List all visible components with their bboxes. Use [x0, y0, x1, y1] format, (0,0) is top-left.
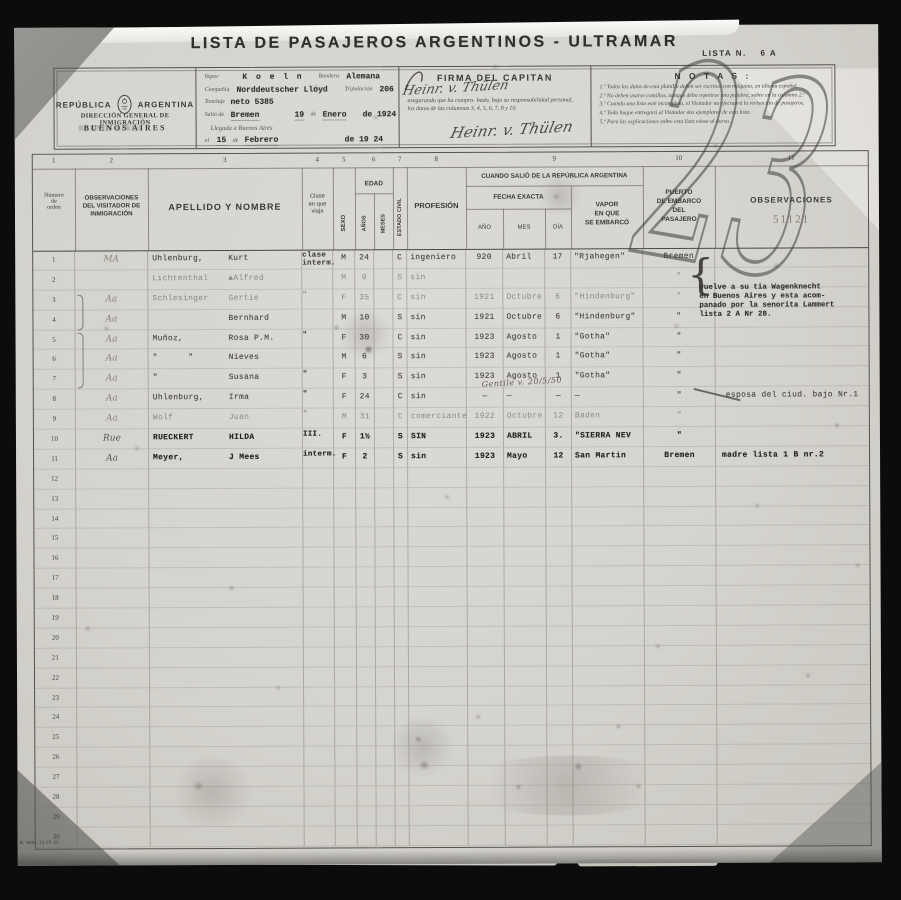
observation-value [717, 744, 870, 765]
profession-value: SIN [408, 428, 467, 448]
profession-value [408, 468, 467, 488]
col-number: 1 [33, 157, 75, 165]
exit-ship-value: San Martin [572, 447, 644, 467]
llegada-month: Febrero [245, 136, 279, 146]
observation-value [718, 804, 871, 825]
age-years-value [356, 528, 375, 548]
age-years-value [356, 488, 375, 508]
tripulacion-value: 206 [379, 85, 393, 94]
note-item: 5.º Para las explicaciones sobre esta li… [600, 117, 829, 127]
row-number: 20 [35, 629, 77, 649]
visitador-mark [77, 728, 150, 748]
row-number: 9 [34, 410, 76, 430]
row-number: 11 [34, 450, 76, 470]
profession-value [409, 647, 468, 667]
embark-port-value: Bremen [644, 447, 716, 467]
exit-year-value: 920 [466, 249, 503, 269]
sex-value: M [333, 249, 355, 269]
exit-year-value [467, 507, 504, 527]
salio-month: Enero [323, 110, 347, 120]
salio-year: de 1924 [363, 110, 397, 119]
form-code: B. 4681 22 IV 23 [20, 840, 59, 845]
observation-value: madre lista 1 B nr.2 [716, 446, 869, 467]
observation-value [716, 526, 869, 547]
class-value: " [303, 409, 334, 429]
country-left: REPÚBLICA [56, 100, 112, 109]
exit-year-value [468, 627, 505, 647]
embark-port-value [645, 765, 717, 785]
header-orden: Número de orden [33, 193, 75, 211]
exit-month-value [505, 607, 547, 627]
torn-bottom-edge [578, 859, 718, 867]
passenger-name [151, 807, 305, 828]
age-years-value [356, 468, 375, 488]
header-meses: MESES [374, 199, 393, 247]
exit-month-value [505, 567, 547, 587]
class-value [303, 548, 334, 568]
class-value [305, 806, 336, 826]
civil-status-value [395, 707, 409, 727]
exit-year-value: 1921 [466, 308, 503, 328]
exit-day-value: — [546, 388, 572, 408]
age-years-value: 2 [356, 448, 375, 468]
civil-status-value: S [393, 309, 407, 329]
exit-year-value [467, 527, 504, 547]
exit-day-value [546, 507, 572, 527]
profession-value [409, 786, 468, 806]
sex-value [335, 627, 357, 647]
row-number: 21 [35, 648, 77, 668]
civil-status-value [394, 548, 408, 568]
civil-status-value: S [394, 369, 408, 389]
country-right: ARGENTINA [138, 100, 195, 109]
exit-ship-value [572, 507, 644, 527]
passenger-name [150, 608, 304, 629]
exit-month-value [505, 626, 547, 646]
visitador-mark: Aa [76, 409, 149, 429]
sex-value: F [333, 289, 355, 309]
exit-ship-value [573, 646, 645, 666]
observation-value [716, 406, 869, 427]
class-value: " [302, 329, 333, 349]
age-years-value [356, 508, 375, 528]
age-years-value: 3 [356, 369, 375, 389]
exit-month-value [505, 666, 547, 686]
surname: Muñoz, [152, 330, 183, 348]
passenger-name [150, 588, 304, 609]
row-number: 28 [35, 788, 77, 808]
salio-day: 19 [295, 111, 305, 121]
class-value: " [302, 289, 333, 309]
observation-value [717, 784, 870, 805]
llegada-year: de 19 24 [345, 135, 383, 144]
exit-month-value: ABRIL [504, 428, 546, 448]
age-months-value [376, 766, 395, 786]
civil-status-value [395, 607, 409, 627]
sex-value [334, 528, 356, 548]
embark-port-value: " [643, 327, 715, 347]
passenger-name [150, 787, 304, 808]
age-years-value [357, 587, 376, 607]
exit-day-value: 17 [545, 248, 571, 268]
row-number: 27 [35, 768, 77, 788]
exit-month-value [505, 706, 547, 726]
llegada-label: Llegada a Buenos Aires [211, 125, 273, 132]
fecha-rule [466, 208, 571, 209]
age-months-value [374, 269, 393, 289]
civil-status-value [396, 826, 410, 846]
col-number: 3 [148, 156, 302, 165]
sex-value [335, 647, 357, 667]
embark-port-value [645, 626, 717, 646]
notes-list: 1.º Todos los datos de esta planilla deb… [599, 82, 828, 127]
age-months-value [375, 408, 394, 428]
exit-day-value [546, 527, 572, 547]
exit-ship-value: Baden [572, 407, 644, 427]
exit-day-value: 6 [545, 288, 571, 308]
observation-value [717, 645, 870, 666]
exit-year-value [468, 587, 505, 607]
class-value [304, 767, 335, 787]
notes-title: N O T A S : [591, 70, 834, 81]
sex-value [334, 488, 356, 508]
sex-value: M [333, 309, 355, 329]
col-number: 7 [393, 155, 407, 163]
passenger-name: Bernhard [148, 309, 302, 330]
sex-value: M [333, 269, 355, 289]
sex-value: F [334, 448, 356, 468]
visitador-mark [78, 807, 151, 827]
row-number: 26 [35, 748, 77, 768]
age-years-value [357, 627, 376, 647]
civil-status-value: S [394, 349, 408, 369]
row-number: 16 [34, 549, 76, 569]
civil-status-value [396, 806, 410, 826]
exit-day-value [547, 606, 573, 626]
row-number: 12 [34, 469, 76, 489]
class-value: " [303, 389, 334, 409]
observation-value [717, 705, 870, 726]
given-name: Susana [229, 369, 260, 387]
civil-status-value [395, 567, 409, 587]
profession-value [408, 527, 467, 547]
row-number: 14 [34, 509, 76, 529]
exit-ship-value: "SIERRA NEV [572, 427, 644, 447]
column-rule [715, 166, 716, 248]
profession-value: sin [408, 388, 467, 408]
profession-value [409, 587, 468, 607]
observation-value [717, 625, 870, 646]
civil-status-value: S [393, 269, 407, 289]
class-value [303, 528, 334, 548]
civil-status-value [395, 727, 409, 747]
visitador-mark [77, 688, 150, 708]
class-value [303, 349, 334, 369]
sex-value [335, 707, 357, 727]
profession-value: sin [407, 328, 466, 348]
observation-value [716, 426, 869, 447]
exit-year-value [468, 766, 505, 786]
exit-ship-value [574, 825, 646, 845]
header-edad: EDAD [355, 180, 393, 187]
exit-year-value: 1922 [467, 408, 504, 428]
row-number: 17 [35, 569, 77, 589]
embark-port-value [645, 586, 717, 606]
header-clase: Clase en que viaja [302, 193, 333, 216]
exit-ship-value [573, 745, 645, 765]
visitador-mark [77, 608, 150, 628]
sex-value: M [334, 409, 356, 429]
age-months-value [374, 329, 393, 349]
visitador-mark [76, 469, 149, 489]
surname: Uhlenburg, [152, 250, 203, 268]
sex-value [335, 786, 357, 806]
age-years-value [357, 667, 376, 687]
exit-year-value [467, 487, 504, 507]
observation-value [717, 665, 870, 686]
passenger-name [150, 568, 304, 589]
city-line: BUENOS AIRES BUENOS AIRES [55, 123, 196, 133]
visitador-mark: Aa [76, 449, 149, 469]
col-number: 10 [643, 154, 715, 162]
exit-ship-value: "Hindenburg" [571, 288, 643, 308]
class-value [304, 627, 335, 647]
embark-port-value [644, 526, 716, 546]
surname: RUECKERT [153, 429, 194, 447]
embark-port-value [644, 546, 716, 566]
exit-year-value [468, 746, 505, 766]
class-value [304, 707, 335, 727]
age-months-value [374, 289, 393, 309]
passenger-name [151, 826, 305, 847]
exit-ship-value [573, 586, 645, 606]
sex-value [335, 687, 357, 707]
observation-value [715, 247, 868, 268]
exit-day-value [547, 646, 573, 666]
exit-month-value: Octubre [504, 408, 546, 428]
exit-ship-value [573, 666, 645, 686]
age-years-value: 30 [355, 329, 374, 349]
profession-value [409, 607, 468, 627]
row-number: 1 [33, 251, 75, 271]
surname: Schlesinger [152, 290, 208, 308]
exit-month-value [505, 746, 547, 766]
salio-port: Bremen [231, 111, 260, 121]
col-number: 4 [302, 156, 333, 164]
tonelaje-value: neto 5385 [230, 98, 273, 107]
exit-ship-value [573, 726, 645, 746]
exit-day-value [547, 626, 573, 646]
embark-port-value [645, 666, 717, 686]
cuando-rule [466, 185, 643, 187]
passenger-name [150, 727, 304, 748]
age-years-value [357, 568, 376, 588]
civil-status-value [394, 468, 408, 488]
header-observaciones: OBSERVACIONES [715, 195, 868, 205]
age-months-value [376, 746, 395, 766]
age-months-value [377, 826, 396, 846]
surname: Meyer, [153, 449, 184, 467]
exit-year-value [469, 806, 506, 826]
age-years-value [357, 786, 376, 806]
observation-value [716, 546, 869, 567]
exit-month-value [506, 806, 548, 826]
header-anios: AÑOS [355, 199, 374, 247]
exit-year-value [466, 269, 503, 289]
notes-box: N O T A S : 1.º Todos los datos de esta … [591, 65, 834, 146]
header-apellido: APELLIDO Y NOMBRE [148, 202, 302, 213]
civil-status-value: S [394, 428, 408, 448]
exit-ship-value [573, 686, 645, 706]
exit-day-value [545, 268, 571, 288]
observation-value [716, 367, 869, 388]
exit-month-value: Octubre [503, 308, 545, 328]
observation-value [716, 466, 869, 487]
age-months-value [376, 647, 395, 667]
passenger-name [150, 767, 304, 788]
age-months-value [375, 548, 394, 568]
class-value: clase interm. [302, 249, 333, 269]
embark-port-value: " [644, 347, 716, 367]
class-value: interm. [303, 448, 334, 468]
exit-month-value [506, 825, 548, 845]
embark-port-value [645, 705, 717, 725]
row-number: 19 [35, 609, 77, 629]
observation-value [717, 764, 870, 785]
list-number-value: 6 A [760, 49, 777, 58]
captain-signature-bottom: Heinr. v. Thülen [449, 117, 575, 142]
exit-year-value: 1923 [467, 448, 504, 468]
table-header: 1 2 3 4 5 6 7 8 9 10 11 [33, 151, 868, 252]
exit-ship-value: "Gotha" [571, 328, 643, 348]
class-value [303, 468, 334, 488]
visitador-mark [77, 569, 150, 589]
age-months-value [376, 687, 395, 707]
passenger-name [150, 747, 304, 768]
profession-value: sin [408, 348, 467, 368]
exit-month-value: — [504, 388, 546, 408]
visitador-mark [76, 509, 149, 529]
class-value [304, 787, 335, 807]
exit-day-value: 12 [546, 447, 572, 467]
row-number: 5 [33, 330, 75, 350]
exit-month-value [505, 686, 547, 706]
profession-value [409, 766, 468, 786]
exit-ship-value [573, 606, 645, 626]
civil-status-value [395, 627, 409, 647]
observation-value: esposa del ciud. bajo Nr.1 [716, 386, 869, 407]
col-number: 5 [333, 155, 355, 163]
given-name: Gertie [228, 290, 259, 308]
llegada-el-label: el [205, 138, 209, 144]
age-months-value [376, 567, 395, 587]
col-number: 8 [407, 155, 466, 163]
age-months-value [376, 707, 395, 727]
visitador-mark [76, 529, 149, 549]
visitador-mark [76, 549, 149, 569]
passenger-name [150, 647, 304, 668]
embark-port-value [644, 467, 716, 487]
header-profesion: PROFESIÓN [407, 201, 466, 210]
exit-day-value [546, 467, 572, 487]
exit-year-value: — [467, 388, 504, 408]
exit-year-value [468, 567, 505, 587]
header-vapor: VAPOR EN QUE SE EMBARCÓ [571, 200, 643, 227]
torn-bottom-edge [258, 856, 558, 866]
civil-status-value [395, 746, 409, 766]
exit-day-value [547, 786, 573, 806]
age-years-value [357, 707, 376, 727]
age-years-value [358, 806, 377, 826]
age-years-value: 10 [355, 309, 374, 329]
embark-port-value [644, 506, 716, 526]
vapor-label: Vapor [204, 74, 218, 80]
observation-value [717, 605, 870, 626]
header-estado: ESTADO CIVIL [393, 187, 407, 247]
embark-port-value [645, 785, 717, 805]
exit-ship-value [573, 765, 645, 785]
age-months-value [375, 448, 394, 468]
surname: Lichtenthal [152, 270, 208, 288]
exit-month-value: Abril [503, 249, 545, 269]
ship-box: Vapor K o e l n Bandera Alemana Compañía… [196, 67, 399, 148]
captain-legal-text: asegurando que ha compro- bado, bajo su … [407, 96, 577, 113]
exit-month-value: Octubre [503, 288, 545, 308]
civil-status-value [394, 508, 408, 528]
exit-day-value [547, 686, 573, 706]
exit-month-value [505, 766, 547, 786]
age-years-value [356, 548, 375, 568]
exit-day-value [547, 766, 573, 786]
exit-year-value: 1923 [466, 328, 503, 348]
passenger-name [149, 528, 303, 549]
age-months-value [375, 428, 394, 448]
class-value [303, 508, 334, 528]
age-years-value [358, 826, 377, 846]
age-years-value [357, 607, 376, 627]
row-number: 3 [33, 290, 75, 310]
age-months-value [377, 806, 396, 826]
age-months-value [375, 369, 394, 389]
captain-box: FIRMA DEL CAPITAN Heinr. v. Thülen asegu… [399, 66, 591, 147]
passenger-table: 1 2 3 4 5 6 7 8 9 10 11 [32, 150, 872, 850]
visitador-mark [78, 827, 151, 847]
passenger-name [149, 508, 303, 529]
list-number-label: LISTA N. [702, 49, 746, 58]
embark-port-value [644, 487, 716, 507]
row-number: 2 [33, 271, 75, 291]
exit-month-value [505, 646, 547, 666]
passenger-name: "Susana [149, 369, 303, 390]
issuer-box: REPÚBLICA ARGENTINA DIRECCIÓN GENERAL DE… [54, 68, 196, 149]
passenger-name: Lichtenthal▲Alfred [148, 270, 302, 291]
visitador-mark [77, 708, 150, 728]
class-value [304, 588, 335, 608]
exit-month-value: Agosto [503, 328, 545, 348]
civil-status-value: C [394, 388, 408, 408]
age-months-value [375, 349, 394, 369]
exit-day-value [547, 567, 573, 587]
civil-status-value [395, 587, 409, 607]
civil-status-value [395, 667, 409, 687]
civil-status-value [395, 647, 409, 667]
class-value [304, 747, 335, 767]
profession-value [409, 627, 468, 647]
age-months-value [375, 508, 394, 528]
passenger-name: WolfJuan [149, 409, 303, 430]
sex-value: F [334, 389, 356, 409]
passenger-name [150, 707, 304, 728]
